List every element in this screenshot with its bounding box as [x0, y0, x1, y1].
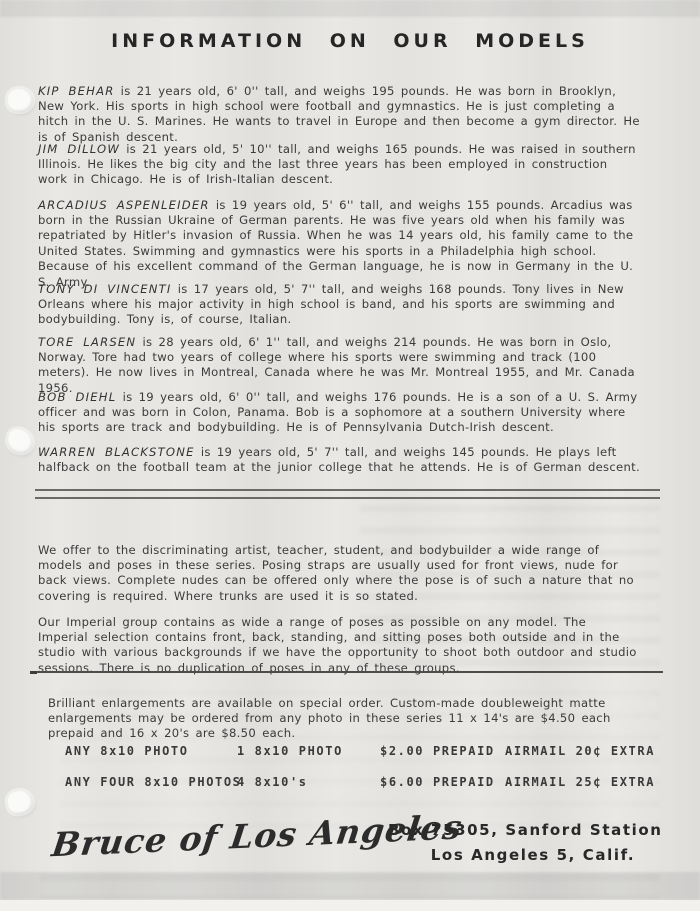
imperial-paragraph: Our Imperial group contains as wide a ra…: [38, 615, 642, 677]
punch-hole-middle: [6, 428, 34, 455]
scan-artifact-top-band: [0, 0, 700, 17]
double-rule-bottom-line: [35, 497, 660, 499]
model-name: ARCADIUS ASPENLEIDER: [38, 198, 210, 212]
single-rule: [30, 671, 663, 673]
model-paragraph-jim-dillow: JIM DILLOW is 21 years old, 5' 10'' tall…: [38, 142, 642, 188]
model-paragraph-kip-behar: KIP BEHAR is 21 years old, 6' 0'' tall, …: [38, 84, 642, 146]
price-table-row: ANY 8x10 PHOTO 1 8x10 PHOTO $2.00 PREPAI…: [0, 744, 700, 760]
model-name: TONY DI VINCENTI: [38, 282, 172, 296]
scan-edge: [0, 900, 700, 911]
price-item-label: ANY 8x10 PHOTO: [65, 744, 189, 758]
model-name: WARREN BLACKSTONE: [38, 445, 195, 459]
model-description: is 21 years old, 5' 10'' tall, and weigh…: [38, 142, 636, 187]
price-quantity: 4 8x10's: [237, 775, 308, 789]
model-description: is 19 years old, 6' 0'' tall, and weighs…: [38, 390, 637, 435]
address-line-2: Los Angeles 5, Calif.: [388, 843, 678, 868]
model-paragraph-tore-larsen: TORE LARSEN is 28 years old, 6' 1'' tall…: [38, 335, 642, 397]
price-table-row: ANY FOUR 8x10 PHOTOS 4 8x10's $6.00 PREP…: [0, 775, 700, 791]
model-description: is 21 years old, 6' 0'' tall, and weighs…: [38, 84, 640, 144]
studio-logo-script: Bruce of Los Angeles: [50, 811, 385, 865]
offer-paragraph: We offer to the discriminating artist, t…: [38, 543, 642, 605]
model-name: TORE LARSEN: [38, 335, 136, 349]
price-quantity: 1 8x10 PHOTO: [237, 744, 343, 758]
price-amount: $2.00 PREPAID: [380, 744, 495, 758]
page-title: INFORMATION ON OUR MODELS: [0, 30, 700, 52]
scanned-document-page: INFORMATION ON OUR MODELS KIP BEHAR is 2…: [0, 0, 700, 911]
model-name: BOB DIEHL: [38, 390, 116, 404]
price-airmail: AIRMAIL 20¢ EXTRA: [505, 744, 655, 758]
double-rule-top-line: [35, 489, 660, 491]
price-item-label: ANY FOUR 8x10 PHOTOS: [65, 775, 242, 789]
single-rule-left-dash: [30, 671, 37, 674]
model-paragraph-bob-diehl: BOB DIEHL is 19 years old, 6' 0'' tall, …: [38, 390, 642, 436]
model-paragraph-warren-blackstone: WARREN BLACKSTONE is 19 years old, 5' 7'…: [38, 445, 642, 476]
address-line-1: Box 75305, Sanford Station: [388, 818, 678, 843]
punch-hole-top: [8, 89, 32, 111]
price-amount: $6.00 PREPAID: [380, 775, 495, 789]
enlargements-paragraph: Brilliant enlargements are available on …: [48, 696, 640, 742]
model-paragraph-arcadius-aspenleider: ARCADIUS ASPENLEIDER is 19 years old, 5'…: [38, 198, 642, 290]
mailing-address: Box 75305, Sanford Station Los Angeles 5…: [388, 818, 678, 868]
scan-artifact-bottom-band: [0, 872, 700, 900]
punch-hole-bottom: [7, 789, 34, 814]
model-name: JIM DILLOW: [38, 142, 120, 156]
model-name: KIP BEHAR: [38, 84, 114, 98]
model-paragraph-tony-di-vincenti: TONY DI VINCENTI is 17 years old, 5' 7''…: [38, 282, 642, 328]
price-airmail: AIRMAIL 25¢ EXTRA: [505, 775, 655, 789]
